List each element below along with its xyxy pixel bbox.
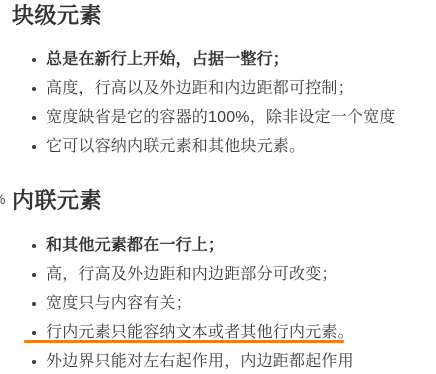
list-item: 宽度只与内容有关； [46,294,436,314]
bullet-icon [32,145,36,149]
bullet-icon [32,302,36,306]
list-item: 高，行高及外边距和内边距部分可改变； [46,265,436,285]
bullet-icon [32,360,36,364]
bullet-icon [32,331,36,335]
section-heading-text: 内联元素 [12,188,102,213]
list-item-text: 总是在新行上开始，占据一整行； [46,51,289,68]
bullet-icon [32,116,36,120]
list-item-text: 它可以容纳内联元素和其他块元素。 [46,138,305,155]
section-heading-inline-elements: % 内联元素 [0,188,436,214]
list-item: 和其他元素都在一行上； [46,236,436,256]
document: 块级元素 总是在新行上开始，占据一整行； 高度，行高以及外边距和内边距都可控制；… [0,3,436,374]
list-item: 外边界只能对左右起作用，内边距都起作用 [46,352,436,372]
list-item-text: 宽度只与内容有关； [46,295,192,312]
list-item: 总是在新行上开始，占据一整行； [46,50,436,70]
bullet-icon [32,244,36,248]
list-item-text: 宽度缺省是它的容器的100%，除非设定一个宽度 [46,109,396,126]
list-item-text: 外边界只能对左右起作用，内边距都起作用 [46,353,354,370]
list-item: 它可以容纳内联元素和其他块元素。 [46,137,436,157]
list-item-text: 高，行高及外边距和内边距部分可改变； [46,266,338,283]
list-item: 高度，行高以及外边距和内边距都可控制； [46,79,436,99]
anchor-link-icon: % [0,186,5,212]
list-item-underlined: 行内元素只能容纳文本或者其他行内元素。 [46,323,436,343]
bullet-icon [32,273,36,277]
list-item-text: 行内元素只能容纳文本或者其他行内元素。 [46,324,354,341]
bullet-icon [32,58,36,62]
list-item-text: 和其他元素都在一行上； [46,237,224,254]
list-item-text: 高度，行高以及外边距和内边距都可控制； [46,80,354,97]
list-item: 宽度缺省是它的容器的100%，除非设定一个宽度 [46,108,436,128]
bullet-icon [32,87,36,91]
block-elements-list: 总是在新行上开始，占据一整行； 高度，行高以及外边距和内边距都可控制； 宽度缺省… [0,50,436,157]
orange-underline-marker [24,340,344,343]
inline-elements-list: 和其他元素都在一行上； 高，行高及外边距和内边距部分可改变； 宽度只与内容有关；… [0,236,436,372]
section-heading-block-elements: 块级元素 [0,3,436,29]
